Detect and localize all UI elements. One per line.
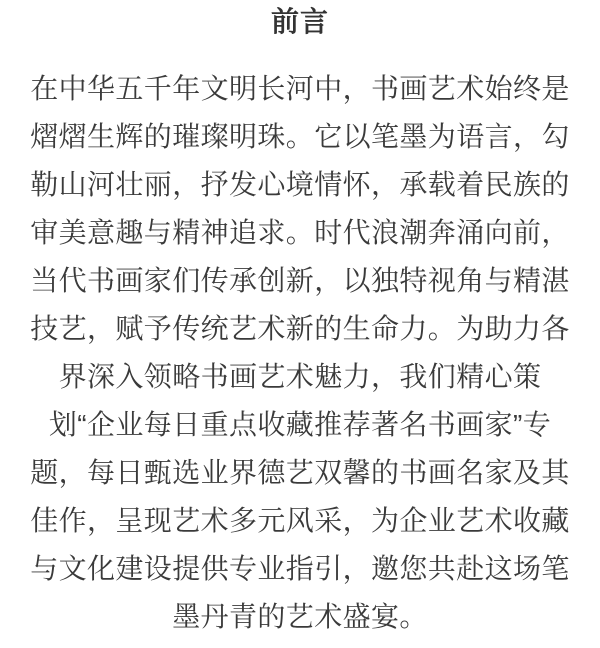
preface-paragraph: 在中华五千年文明长河中，书画艺术始终是 熠熠生辉的璀璨明珠。它以笔墨为语言，勾 … [0, 65, 600, 641]
paragraph-line: 勒山河壮丽，抒发心境情怀，承载着民族的 [10, 161, 590, 209]
preface-page: 前言 在中华五千年文明长河中，书画艺术始终是 熠熠生辉的璀璨明珠。它以笔墨为语言… [0, 0, 600, 648]
paragraph-line: 熠熠生辉的璀璨明珠。它以笔墨为语言，勾 [10, 113, 590, 161]
paragraph-line: 当代书画家们传承创新，以独特视角与精湛 [10, 257, 590, 305]
paragraph-line: 题，每日甄选业界德艺双馨的书画名家及其 [10, 449, 590, 497]
paragraph-line: 审美意趣与精神追求。时代浪潮奔涌向前， [10, 209, 590, 257]
page-title: 前言 [0, 6, 600, 38]
paragraph-line: 划“企业每日重点收藏推荐著名书画家”专 [10, 401, 590, 449]
paragraph-line: 佳作，呈现艺术多元风采，为企业艺术收藏 [10, 497, 590, 545]
paragraph-line: 与文化建设提供专业指引，邀您共赴这场笔 [10, 545, 590, 593]
paragraph-line: 在中华五千年文明长河中，书画艺术始终是 [10, 65, 590, 113]
paragraph-line: 技艺，赋予传统艺术新的生命力。为助力各 [10, 305, 590, 353]
paragraph-line: 界深入领略书画艺术魅力，我们精心策 [10, 353, 590, 401]
paragraph-line: 墨丹青的艺术盛宴。 [10, 593, 590, 641]
